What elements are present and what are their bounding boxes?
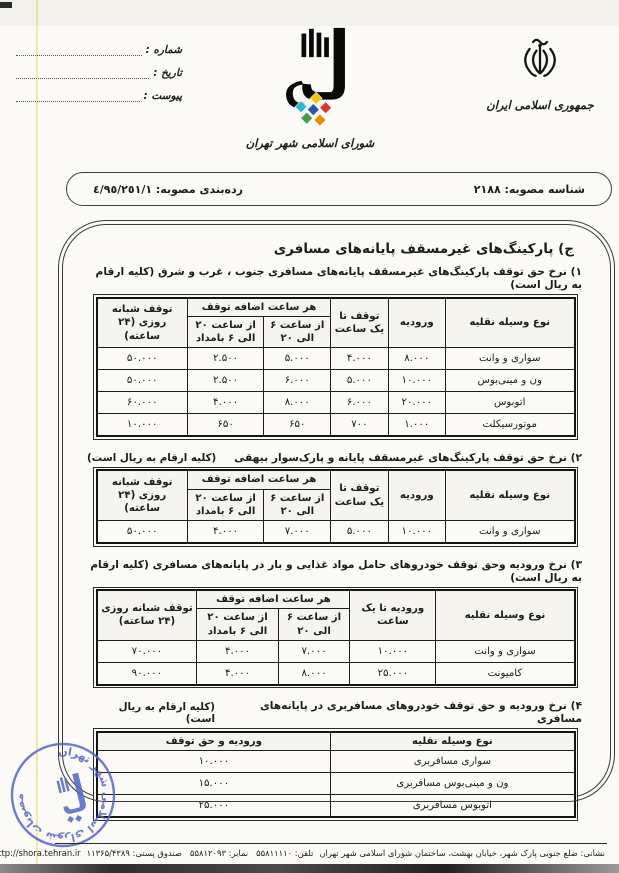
- cell-vehicle: سواری و وانت: [436, 640, 575, 662]
- cell-value: ۱۰.۰۰۰: [97, 414, 188, 437]
- iran-emblem-icon: [514, 34, 566, 90]
- footer-contacts: تلفن: ۵۵۸۱۱۱۱۰ نمابر: ۵۵۸۱۲۰۹۳ صندوق پست…: [87, 848, 314, 858]
- cell-value: ۷۰.۰۰۰: [97, 640, 197, 662]
- table-row: ون و مینی‌بوس ۱۰.۰۰۰ ۵.۰۰۰ ۶.۰۰۰ ۲.۵۰۰ ۵…: [97, 370, 575, 392]
- council-logo-block: شورای اسلامی شهر تهران: [222, 26, 398, 150]
- cell-value: ۸.۰۰۰: [388, 348, 445, 370]
- col-entry: ورودیه: [388, 298, 445, 348]
- table2-beyhaghi-parking-rates: نوع وسیله نقلیه ورودیه توقف تا یک ساعت ه…: [96, 469, 576, 544]
- table-row: سواری مسافربری ۱۰.۰۰۰: [97, 751, 575, 773]
- cell-value: ۶.۰۰۰: [331, 392, 388, 414]
- cell-vehicle: سواری مسافربری: [331, 751, 575, 773]
- section1-heading: ۱) نرخ حق توقف پارکینگ‌های غیرمسقف پایان…: [87, 265, 582, 291]
- field-attachment-label: پیوست :: [144, 90, 182, 102]
- cell-vehicle: اتوبوس: [445, 392, 574, 414]
- footer-url: http://shora.tehran.ir: [0, 848, 81, 858]
- col-extra-day: از ساعت ۶ الی ۲۰: [264, 489, 331, 521]
- field-date-dotted-line: [16, 75, 149, 79]
- iran-emblem-block: جمهوری اسلامی ایران: [481, 34, 599, 112]
- cell-value: ۱۰.۰۰۰: [350, 640, 436, 662]
- cell-vehicle: ون و مینی‌بوس: [445, 370, 574, 392]
- cell-value: ۵.۰۰۰: [331, 370, 388, 392]
- footer-phone: تلفن: ۵۵۸۱۱۱۱۰: [256, 848, 313, 858]
- resolution-id: شناسه مصوبه: ۲۱۸۸: [474, 183, 585, 196]
- table3-wrapper: نوع وسیله نقلیه ورودیه تا یک ساعت هر ساع…: [93, 587, 578, 689]
- cell-value: ۶.۰۰۰: [264, 370, 331, 392]
- cell-value: ۴.۰۰۰: [187, 521, 263, 544]
- cell-value: ۹۰.۰۰۰: [97, 662, 197, 685]
- section4-heading: ۴) نرخ ورودیه و حق توقف خودروهای مسافربر…: [215, 699, 582, 725]
- cell-value: ۴.۰۰۰: [331, 348, 388, 370]
- cell-value: ۶۵۰: [264, 414, 331, 437]
- col-extra-night: از ساعت ۲۰ الی ۶ بامداد: [187, 489, 263, 521]
- cell-value: ۸.۰۰۰: [264, 392, 331, 414]
- col-extra-group: هر ساعت اضافه توقف: [187, 470, 330, 489]
- col-vehicle: نوع وسیله نقلیه: [436, 590, 575, 640]
- col-fee: ورودیه و حق توقف: [97, 732, 331, 751]
- stamp-text: مصوبات شورای اسلامی شهر تهران: [2, 735, 124, 856]
- section2-heading-row: ۲) نرخ حق توقف پارکینگ‌های غیرمسقف پایان…: [87, 451, 582, 464]
- section4-currency-note: (کلیه ارقام به ریال است): [87, 701, 215, 725]
- footer-rule: [55, 843, 607, 844]
- cell-value: ۲۵.۰۰۰: [97, 795, 331, 818]
- col-upto-one-hour: توقف تا یک ساعت: [331, 470, 388, 520]
- footer-fax: نمابر: ۵۵۸۱۲۰۹۳: [190, 848, 248, 858]
- resolution-id-bar: شناسه مصوبه: ۲۱۸۸ رده‌بندی مصوبه: ٤/٩٥/٢…: [66, 172, 612, 206]
- table1-wrapper: نوع وسیله نقلیه ورودیه توقف تا یک ساعت ه…: [93, 294, 578, 440]
- cell-value: ۲۵.۰۰۰: [350, 662, 436, 685]
- cell-value: ۱۰.۰۰۰: [388, 521, 445, 544]
- table4-passenger-vehicle-fees: نوع وسیله نقلیه ورودیه و حق توقف سواری م…: [96, 731, 576, 818]
- letterhead-fields: شماره : تاریخ : پیوست :: [16, 44, 182, 102]
- footer-pobox: صندوق پستی: ۱۱۳۶۵/۴۳۸۹: [87, 848, 182, 858]
- table-row: موتورسیکلت ۱.۰۰۰ ۷۰۰ ۶۵۰ ۶۵۰ ۱۰.۰۰۰: [97, 414, 575, 437]
- field-attachment: پیوست :: [16, 90, 182, 102]
- col-daily: توقف شبانه روزی (۲۴ ساعته): [97, 590, 197, 640]
- section3-heading: ۳) نرخ ورودیه وحق توقف خودروهای حامل موا…: [87, 558, 582, 584]
- field-number-dotted-line: [16, 52, 142, 56]
- field-date: تاریخ :: [16, 67, 182, 79]
- col-extra-night: از ساعت ۲۰ الی ۶ بامداد: [187, 316, 263, 348]
- col-entry: ورودیه: [388, 470, 445, 520]
- table-row: کامیونت ۲۵.۰۰۰ ۸.۰۰۰ ۴.۰۰۰ ۹۰.۰۰۰: [97, 662, 575, 685]
- cell-value: ۱.۰۰۰: [388, 414, 445, 437]
- cell-value: ۲۰.۰۰۰: [388, 392, 445, 414]
- col-extra-day: از ساعت ۶ الی ۲۰: [264, 316, 331, 348]
- table2-wrapper: نوع وسیله نقلیه ورودیه توقف تا یک ساعت ه…: [93, 467, 578, 547]
- footer: نشانی: ضلع جنوبی پارک شهر، خیابان بهشت، …: [4, 848, 605, 858]
- col-vehicle: نوع وسیله نقلیه: [445, 298, 574, 348]
- table4-wrapper: نوع وسیله نقلیه ورودیه و حق توقف سواری م…: [93, 728, 578, 820]
- col-vehicle: نوع وسیله نقلیه: [445, 470, 574, 520]
- cell-value: ۵.۰۰۰: [264, 348, 331, 370]
- cell-value: ۵۰.۰۰۰: [97, 521, 188, 544]
- svg-text:مصوبات شورای اسلامی شهر تهران: مصوبات شورای اسلامی شهر تهران: [2, 735, 124, 856]
- col-upto-one-hour: توقف تا یک ساعت: [331, 298, 388, 348]
- cell-value: ۱۵.۰۰۰: [97, 773, 331, 795]
- col-extra-night: از ساعت ۲۰ الی ۶ بامداد: [197, 609, 278, 641]
- resolution-classification: رده‌بندی مصوبه: ٤/٩٥/٢٥١/١: [93, 183, 243, 196]
- cell-value: ۶۵۰: [187, 414, 263, 437]
- cell-value: ۸.۰۰۰: [278, 662, 350, 685]
- cell-value: ۱۰.۰۰۰: [97, 751, 331, 773]
- table-row: ون و مینی‌بوس مسافربری ۱۵.۰۰۰: [97, 773, 575, 795]
- council-caption: شورای اسلامی شهر تهران: [222, 136, 398, 150]
- main-content-box: ج) پارکینگ‌های غیرمسقف پایانه‌های مسافری…: [62, 224, 611, 798]
- cell-value: ۷.۰۰۰: [278, 640, 350, 662]
- col-extra-group: هر ساعت اضافه توقف: [197, 590, 350, 609]
- cell-value: ۶۰.۰۰۰: [97, 392, 188, 414]
- col-entry-one-hour: ورودیه تا یک ساعت: [350, 590, 436, 640]
- table-row: سواری و وانت ۱۰.۰۰۰ ۷.۰۰۰ ۴.۰۰۰ ۷۰.۰۰۰: [97, 640, 575, 662]
- cell-value: ۵۰.۰۰۰: [97, 348, 188, 370]
- cell-value: ۴.۰۰۰: [197, 662, 278, 685]
- col-extra-day: از ساعت ۶ الی ۲۰: [278, 609, 350, 641]
- footer-address: نشانی: ضلع جنوبی پارک شهر، خیابان بهشت، …: [319, 848, 605, 858]
- cell-value: ۷.۰۰۰: [264, 521, 331, 544]
- field-number-label: شماره :: [146, 44, 183, 56]
- col-daily: توقف شبانه روزی (۲۴ ساعته): [97, 470, 188, 520]
- table-row: اتوبوس ۲۰.۰۰۰ ۶.۰۰۰ ۸.۰۰۰ ۴.۰۰۰ ۶۰.۰۰۰: [97, 392, 575, 414]
- cell-value: ۵.۰۰۰: [331, 521, 388, 544]
- section2-currency-note: (کلیه ارقام به ریال است): [87, 452, 216, 464]
- scanned-document-page: شماره : تاریخ : پیوست :: [0, 0, 619, 873]
- cell-vehicle: اتوبوس مسافربری: [331, 795, 575, 818]
- field-number: شماره :: [16, 44, 182, 56]
- cell-value: ۴.۰۰۰: [187, 392, 263, 414]
- col-vehicle: نوع وسیله نقلیه: [331, 732, 575, 751]
- table3-cargo-vehicle-rates: نوع وسیله نقلیه ورودیه تا یک ساعت هر ساع…: [96, 589, 576, 686]
- cell-value: ۲.۵۰۰: [187, 370, 263, 392]
- scan-bottom-band: [0, 864, 619, 873]
- cell-value: ۵۰.۰۰۰: [97, 370, 188, 392]
- cell-vehicle: موتورسیکلت: [445, 414, 574, 437]
- tehran-council-logo-icon: [267, 26, 353, 128]
- emblem-caption: جمهوری اسلامی ایران: [481, 98, 599, 112]
- section4-heading-row: ۴) نرخ ورودیه و حق توقف خودروهای مسافربر…: [87, 699, 582, 725]
- scan-shade-artifact: [0, 0, 619, 26]
- cell-vehicle: کامیونت: [436, 662, 575, 685]
- field-date-label: تاریخ :: [153, 67, 182, 79]
- cell-vehicle: سواری و وانت: [445, 521, 574, 544]
- cell-value: ۴.۰۰۰: [197, 640, 278, 662]
- table-row: سواری و وانت ۱۰.۰۰۰ ۵.۰۰۰ ۷.۰۰۰ ۴.۰۰۰ ۵۰…: [97, 521, 575, 544]
- cell-value: ۱۰.۰۰۰: [388, 370, 445, 392]
- cell-value: ۲.۵۰۰: [187, 348, 263, 370]
- col-daily: توقف شبانه روزی (۲۴ ساعته): [97, 298, 188, 348]
- cell-value: ۷۰۰: [331, 414, 388, 437]
- cell-vehicle: سواری و وانت: [445, 348, 574, 370]
- table-row: سواری و وانت ۸.۰۰۰ ۴.۰۰۰ ۵.۰۰۰ ۲.۵۰۰ ۵۰.…: [97, 348, 575, 370]
- stamp-inner-logo: [56, 773, 90, 825]
- table1-terminal-parking-rates: نوع وسیله نقلیه ورودیه توقف تا یک ساعت ه…: [96, 297, 576, 438]
- cell-vehicle: ون و مینی‌بوس مسافربری: [331, 773, 575, 795]
- scan-corner-speck: [0, 2, 12, 8]
- col-extra-group: هر ساعت اضافه توقف: [187, 298, 330, 317]
- table-row: اتوبوس مسافربری ۲۵.۰۰۰: [97, 795, 575, 818]
- field-attachment-dotted-line: [16, 98, 140, 102]
- section2-heading: ۲) نرخ حق توقف پارکینگ‌های غیرمسقف پایان…: [234, 451, 582, 464]
- document-title: ج) پارکینگ‌های غیرمسقف پایانه‌های مسافری: [87, 241, 574, 257]
